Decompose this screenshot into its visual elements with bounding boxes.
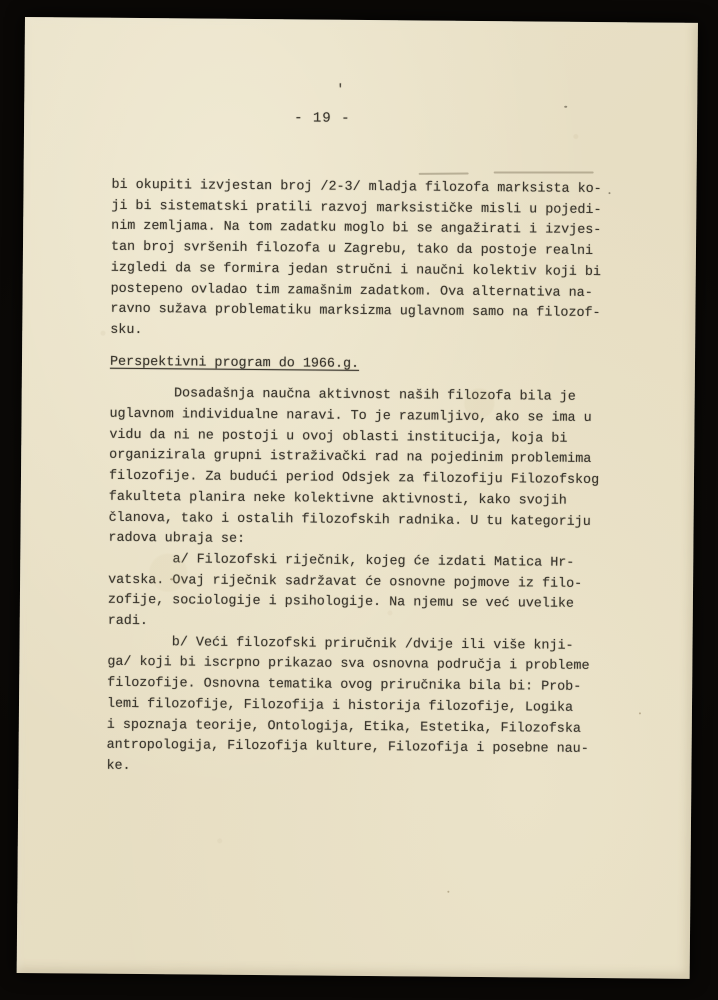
page-number: - 19 -	[294, 110, 351, 126]
paper-speck	[639, 712, 641, 714]
paper-speck	[564, 106, 567, 108]
section-heading: Perspektivni program do 1966.g.	[110, 352, 630, 377]
paragraph-perspective: Dosadašnja naučna aktivnost naših filozo…	[108, 384, 629, 554]
text-block: bi okupiti izvjestan broj /2-3/ mladja f…	[106, 176, 631, 782]
scan-background: ' - 19 - bi okupiti izvjestan broj /2-3/…	[0, 0, 718, 1000]
document-page: ' - 19 - bi okupiti izvjestan broj /2-3/…	[17, 17, 698, 979]
paragraph-continuation: bi okupiti izvjestan broj /2-3/ mladja f…	[110, 176, 631, 346]
list-item-b: b/ Veći filozofski priručnik /dvije ili …	[106, 633, 627, 782]
pencil-mark	[494, 172, 594, 174]
list-item-a: a/ Filozofski riječnik, kojeg će izdati …	[108, 550, 629, 637]
paper-speck	[447, 891, 449, 893]
stray-ink-mark: '	[336, 82, 344, 97]
pencil-mark	[419, 172, 469, 174]
